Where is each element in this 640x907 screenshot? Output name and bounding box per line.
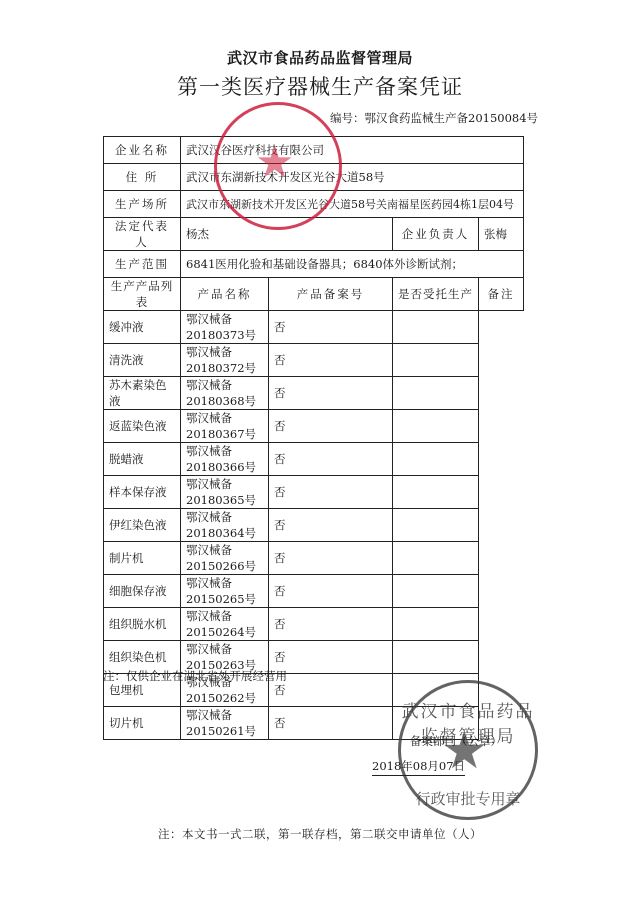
product-record-no: 鄂汉械备20180372号 <box>181 344 269 377</box>
row-residence: 住 所 武汉市东湖新技术开发区光谷大道58号 <box>104 164 524 191</box>
residence-label: 住 所 <box>104 164 181 191</box>
product-row: 苏木素染色液鄂汉械备20180368号否 <box>104 377 524 410</box>
product-record-no: 鄂汉械备20180367号 <box>181 410 269 443</box>
product-remark <box>393 443 479 476</box>
product-entrusted: 否 <box>269 509 393 542</box>
official-seal-bottom-text: 行政审批专用章 <box>401 788 535 809</box>
col-header-record-no: 产品备案号 <box>269 278 393 311</box>
agency-name: 武汉市食品药品监督管理局 <box>0 47 640 68</box>
product-record-no: 鄂汉械备20180368号 <box>181 377 269 410</box>
product-name: 组织脱水机 <box>104 608 181 641</box>
product-name: 返蓝染色液 <box>104 410 181 443</box>
product-name: 样本保存液 <box>104 476 181 509</box>
product-record-no: 鄂汉械备20180365号 <box>181 476 269 509</box>
copies-note: 注：本文书一式二联，第一联存档，第二联交申请单位（人） <box>0 826 640 842</box>
col-header-name: 产品名称 <box>181 278 269 311</box>
product-row: 细胞保存液鄂汉械备20150265号否 <box>104 575 524 608</box>
product-name: 细胞保存液 <box>104 575 181 608</box>
product-row: 组织脱水机鄂汉械备20150264号否 <box>104 608 524 641</box>
product-remark <box>393 476 479 509</box>
product-record-no: 鄂汉械备20150266号 <box>181 542 269 575</box>
document-number: 编号：鄂汉食药监械生产备20150084号 <box>330 110 538 126</box>
legal-rep-label: 法定代表人 <box>104 218 181 251</box>
scope-value: 6841医用化验和基础设备器具；6840体外诊断试剂； <box>181 251 524 278</box>
product-row: 脱蜡液鄂汉械备20180366号否 <box>104 443 524 476</box>
issue-date: 2018年08月07日 <box>372 758 465 776</box>
product-row: 制片机鄂汉械备20150266号否 <box>104 542 524 575</box>
product-entrusted: 否 <box>269 344 393 377</box>
product-record-no: 鄂汉械备20150264号 <box>181 608 269 641</box>
product-record-no: 鄂汉械备20150265号 <box>181 575 269 608</box>
site-label: 生产场所 <box>104 191 181 218</box>
document-number-value: 鄂汉食药监械生产备20150084号 <box>365 111 539 125</box>
company-name-value: 武汉汉谷医疗科技有限公司 <box>181 137 524 164</box>
product-row: 样本保存液鄂汉械备20180365号否 <box>104 476 524 509</box>
product-list-label: 生产产品列表 <box>104 278 181 311</box>
product-remark <box>393 542 479 575</box>
product-entrusted: 否 <box>269 410 393 443</box>
product-entrusted: 否 <box>269 542 393 575</box>
col-header-entrusted: 是否受托生产 <box>393 278 479 311</box>
product-remark <box>393 674 479 707</box>
product-entrusted: 否 <box>269 707 393 740</box>
filing-department: 备案部门（公章） <box>410 733 502 749</box>
product-entrusted: 否 <box>269 575 393 608</box>
legal-rep-value: 杨杰 <box>181 218 393 251</box>
manager-label: 企业负责人 <box>393 218 479 251</box>
product-entrusted: 否 <box>269 476 393 509</box>
product-entrusted: 否 <box>269 674 393 707</box>
site-value: 武汉市东湖新技术开发区光谷大道58号关南福星医药园4栋1层04号 <box>181 191 524 218</box>
product-remark <box>393 575 479 608</box>
product-record-no: 鄂汉械备20180366号 <box>181 443 269 476</box>
col-header-remark: 备注 <box>479 278 524 311</box>
residence-value: 武汉市东湖新技术开发区光谷大道58号 <box>181 164 524 191</box>
product-remark <box>393 410 479 443</box>
product-record-no: 鄂汉械备20180373号 <box>181 311 269 344</box>
row-scope: 生产范围 6841医用化验和基础设备器具；6840体外诊断试剂； <box>104 251 524 278</box>
product-name: 伊红染色液 <box>104 509 181 542</box>
product-record-no: 鄂汉械备20150261号 <box>181 707 269 740</box>
product-remark <box>393 311 479 344</box>
scope-label: 生产范围 <box>104 251 181 278</box>
product-name: 缓冲液 <box>104 311 181 344</box>
product-name: 制片机 <box>104 542 181 575</box>
registration-table: 企业名称 武汉汉谷医疗科技有限公司 住 所 武汉市东湖新技术开发区光谷大道58号… <box>103 136 524 740</box>
product-entrusted: 否 <box>269 608 393 641</box>
company-name-label: 企业名称 <box>104 137 181 164</box>
product-row: 返蓝染色液鄂汉械备20180367号否 <box>104 410 524 443</box>
usage-note: 注：仅供企业在湖北省外开展经营用 <box>103 668 287 684</box>
product-remark <box>393 377 479 410</box>
product-remark <box>393 344 479 377</box>
product-name: 苏木素染色液 <box>104 377 181 410</box>
product-entrusted: 否 <box>269 641 393 674</box>
manager-value: 张梅 <box>479 218 524 251</box>
document-number-label: 编号： <box>330 111 365 125</box>
product-remark <box>393 641 479 674</box>
product-row: 缓冲液鄂汉械备20180373号否 <box>104 311 524 344</box>
product-entrusted: 否 <box>269 377 393 410</box>
product-entrusted: 否 <box>269 311 393 344</box>
product-remark <box>393 608 479 641</box>
product-name: 清洗液 <box>104 344 181 377</box>
row-site: 生产场所 武汉市东湖新技术开发区光谷大道58号关南福星医药园4栋1层04号 <box>104 191 524 218</box>
row-legal-rep: 法定代表人 杨杰 企业负责人 张梅 <box>104 218 524 251</box>
product-name: 脱蜡液 <box>104 443 181 476</box>
document-title: 第一类医疗器械生产备案凭证 <box>0 71 640 101</box>
product-remark <box>393 509 479 542</box>
product-record-no: 鄂汉械备20180364号 <box>181 509 269 542</box>
product-name: 切片机 <box>104 707 181 740</box>
product-entrusted: 否 <box>269 443 393 476</box>
product-row: 清洗液鄂汉械备20180372号否 <box>104 344 524 377</box>
product-row: 伊红染色液鄂汉械备20180364号否 <box>104 509 524 542</box>
row-company-name: 企业名称 武汉汉谷医疗科技有限公司 <box>104 137 524 164</box>
product-header-row: 生产产品列表 产品名称 产品备案号 是否受托生产 备注 <box>104 278 524 311</box>
